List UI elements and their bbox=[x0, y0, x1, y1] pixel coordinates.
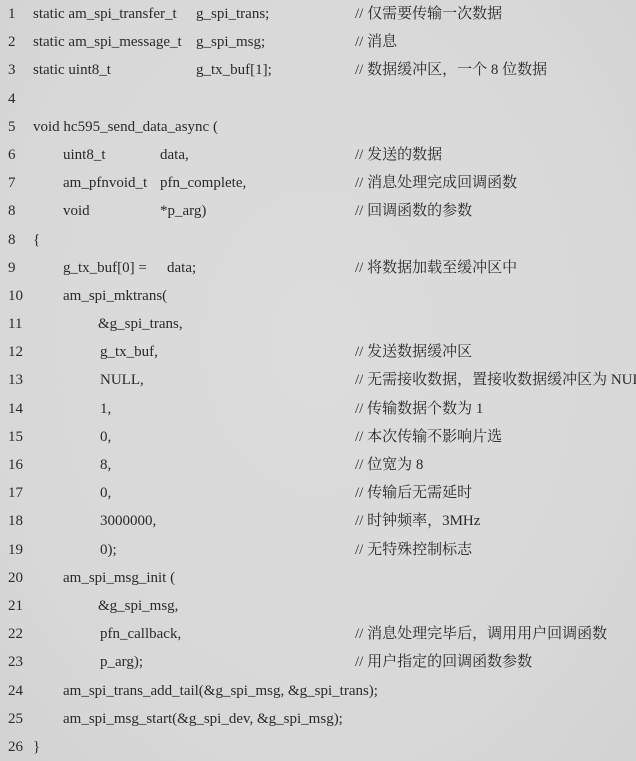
line-number: 17 bbox=[8, 479, 23, 507]
code-line: 141,// 传输数据个数为 1 bbox=[0, 395, 636, 423]
code-text: NULL, bbox=[100, 366, 144, 394]
code-text: g_spi_msg; bbox=[196, 28, 265, 56]
code-listing: 1static am_spi_transfer_tg_spi_trans;// … bbox=[0, 0, 636, 761]
code-comment: // 本次传输不影响片选 bbox=[355, 423, 502, 451]
code-line: 11&g_spi_trans, bbox=[0, 310, 636, 338]
code-text: 3000000, bbox=[100, 507, 156, 535]
code-text: &g_spi_trans, bbox=[98, 310, 183, 338]
code-text: 0); bbox=[100, 536, 117, 564]
code-comment: // 传输数据个数为 1 bbox=[355, 395, 483, 423]
line-number: 1 bbox=[8, 0, 16, 28]
code-text: g_spi_trans; bbox=[196, 0, 269, 28]
line-number: 13 bbox=[8, 366, 23, 394]
code-comment: // 仅需要传输一次数据 bbox=[355, 0, 502, 28]
code-line: 2static am_spi_message_tg_spi_msg;// 消息 bbox=[0, 28, 636, 56]
code-line: 10am_spi_mktrans( bbox=[0, 282, 636, 310]
code-line: 21&g_spi_msg, bbox=[0, 592, 636, 620]
code-line: 170,// 传输后无需延时 bbox=[0, 479, 636, 507]
code-line: 6uint8_tdata,// 发送的数据 bbox=[0, 141, 636, 169]
line-number: 8 bbox=[8, 226, 16, 254]
code-line: 9g_tx_buf[0] =data;// 将数据加载至缓冲区中 bbox=[0, 254, 636, 282]
line-number: 18 bbox=[8, 507, 23, 535]
code-text: g_tx_buf[1]; bbox=[196, 56, 272, 84]
code-line: 3static uint8_tg_tx_buf[1];// 数据缓冲区，一个 8… bbox=[0, 56, 636, 84]
code-text: void bbox=[63, 197, 90, 225]
code-text: 0, bbox=[100, 479, 111, 507]
code-text: uint8_t bbox=[63, 141, 106, 169]
code-line: 26} bbox=[0, 733, 636, 761]
line-number: 24 bbox=[8, 677, 23, 705]
line-number: 5 bbox=[8, 113, 16, 141]
code-text: g_tx_buf, bbox=[100, 338, 158, 366]
code-text: &g_spi_msg, bbox=[98, 592, 178, 620]
code-text: g_tx_buf[0] = bbox=[63, 254, 147, 282]
code-line: 23p_arg);// 用户指定的回调函数参数 bbox=[0, 648, 636, 676]
code-line: 8void*p_arg)// 回调函数的参数 bbox=[0, 197, 636, 225]
code-line: 24am_spi_trans_add_tail(&g_spi_msg, &g_s… bbox=[0, 677, 636, 705]
code-text: } bbox=[33, 733, 40, 761]
code-text: data, bbox=[160, 141, 189, 169]
code-comment: // 消息处理完成回调函数 bbox=[355, 169, 517, 197]
code-text: data; bbox=[167, 254, 196, 282]
line-number: 22 bbox=[8, 620, 23, 648]
code-comment: // 传输后无需延时 bbox=[355, 479, 472, 507]
code-text: 1, bbox=[100, 395, 111, 423]
code-text: am_spi_msg_start(&g_spi_dev, &g_spi_msg)… bbox=[63, 705, 343, 733]
code-comment: // 将数据加载至缓冲区中 bbox=[355, 254, 517, 282]
code-text: pfn_callback, bbox=[100, 620, 181, 648]
code-line: 150,// 本次传输不影响片选 bbox=[0, 423, 636, 451]
line-number: 19 bbox=[8, 536, 23, 564]
line-number: 10 bbox=[8, 282, 23, 310]
line-number: 4 bbox=[8, 85, 16, 113]
line-number: 23 bbox=[8, 648, 23, 676]
line-number: 12 bbox=[8, 338, 23, 366]
code-line: 8{ bbox=[0, 226, 636, 254]
line-number: 21 bbox=[8, 592, 23, 620]
code-text: am_spi_trans_add_tail(&g_spi_msg, &g_spi… bbox=[63, 677, 378, 705]
line-number: 15 bbox=[8, 423, 23, 451]
code-comment: // 发送数据缓冲区 bbox=[355, 338, 472, 366]
code-text: { bbox=[33, 226, 40, 254]
code-comment: // 用户指定的回调函数参数 bbox=[355, 648, 532, 676]
code-line: 4 bbox=[0, 85, 636, 113]
code-line: 183000000,// 时钟频率，3MHz bbox=[0, 507, 636, 535]
line-number: 11 bbox=[8, 310, 22, 338]
line-number: 7 bbox=[8, 169, 16, 197]
line-number: 16 bbox=[8, 451, 23, 479]
code-text: *p_arg) bbox=[160, 197, 206, 225]
line-number: 20 bbox=[8, 564, 23, 592]
code-text: am_spi_mktrans( bbox=[63, 282, 167, 310]
line-number: 8 bbox=[8, 197, 16, 225]
code-comment: // 消息处理完毕后，调用用户回调函数 bbox=[355, 620, 607, 648]
code-text: static am_spi_transfer_t bbox=[33, 0, 177, 28]
code-line: 25am_spi_msg_start(&g_spi_dev, &g_spi_ms… bbox=[0, 705, 636, 733]
code-text: am_spi_msg_init ( bbox=[63, 564, 175, 592]
code-line: 22pfn_callback,// 消息处理完毕后，调用用户回调函数 bbox=[0, 620, 636, 648]
code-line: 190);// 无特殊控制标志 bbox=[0, 536, 636, 564]
line-number: 3 bbox=[8, 56, 16, 84]
line-number: 9 bbox=[8, 254, 16, 282]
code-comment: // 回调函数的参数 bbox=[355, 197, 472, 225]
code-line: 1static am_spi_transfer_tg_spi_trans;// … bbox=[0, 0, 636, 28]
line-number: 2 bbox=[8, 28, 16, 56]
code-text: static uint8_t bbox=[33, 56, 111, 84]
code-line: 7am_pfnvoid_tpfn_complete,// 消息处理完成回调函数 bbox=[0, 169, 636, 197]
line-number: 25 bbox=[8, 705, 23, 733]
code-comment: // 无需接收数据，置接收数据缓冲区为 NULL bbox=[355, 366, 636, 394]
code-text: 8, bbox=[100, 451, 111, 479]
code-text: static am_spi_message_t bbox=[33, 28, 182, 56]
code-line: 20am_spi_msg_init ( bbox=[0, 564, 636, 592]
code-text: void hc595_send_data_async ( bbox=[33, 113, 218, 141]
line-number: 26 bbox=[8, 733, 23, 761]
code-comment: // 消息 bbox=[355, 28, 397, 56]
code-text: pfn_complete, bbox=[160, 169, 246, 197]
code-comment: // 无特殊控制标志 bbox=[355, 536, 472, 564]
code-comment: // 发送的数据 bbox=[355, 141, 442, 169]
code-line: 5void hc595_send_data_async ( bbox=[0, 113, 636, 141]
code-line: 168,// 位宽为 8 bbox=[0, 451, 636, 479]
code-text: am_pfnvoid_t bbox=[63, 169, 147, 197]
code-comment: // 数据缓冲区，一个 8 位数据 bbox=[355, 56, 547, 84]
code-comment: // 时钟频率，3MHz bbox=[355, 507, 480, 535]
code-line: 13NULL,// 无需接收数据，置接收数据缓冲区为 NULL bbox=[0, 366, 636, 394]
code-line: 12g_tx_buf,// 发送数据缓冲区 bbox=[0, 338, 636, 366]
code-text: p_arg); bbox=[100, 648, 143, 676]
line-number: 6 bbox=[8, 141, 16, 169]
line-number: 14 bbox=[8, 395, 23, 423]
code-comment: // 位宽为 8 bbox=[355, 451, 423, 479]
code-text: 0, bbox=[100, 423, 111, 451]
